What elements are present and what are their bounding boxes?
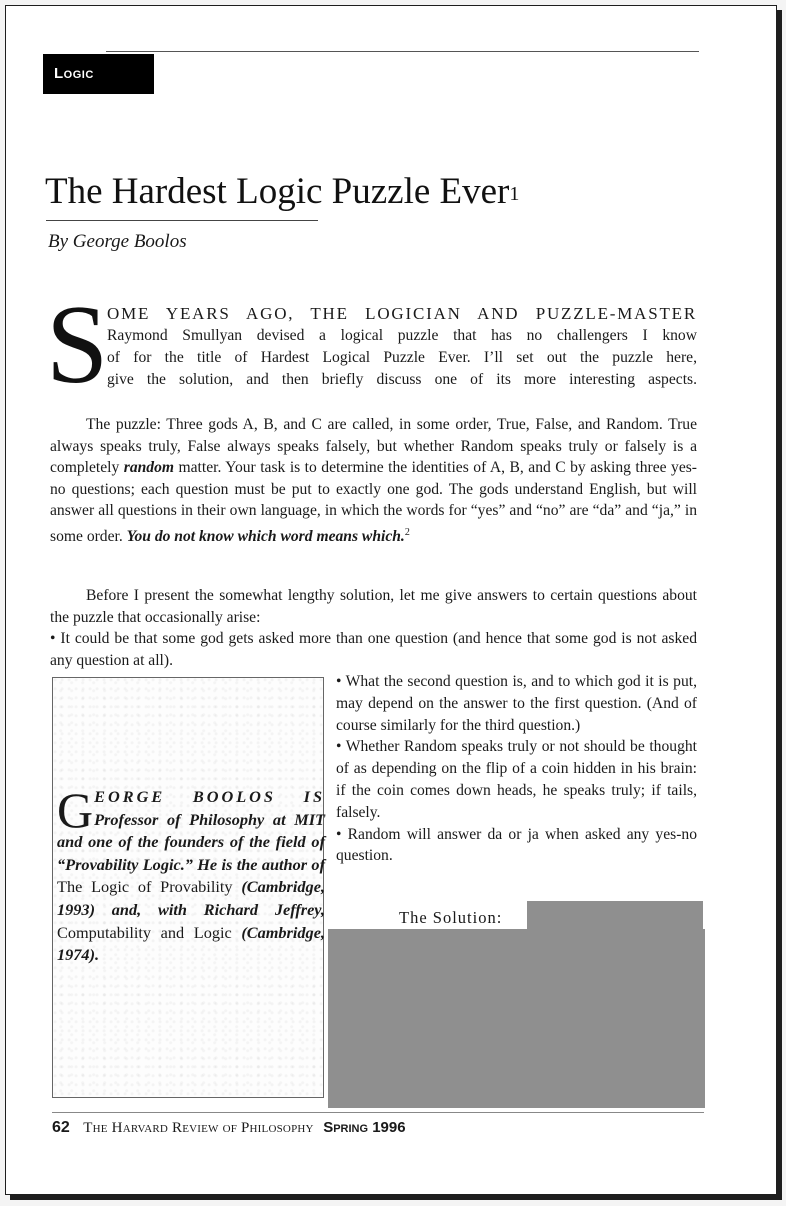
title-footnote-marker[interactable]: 1	[509, 183, 519, 205]
bio-text: Professor of Philosophy at MIT and one o…	[57, 810, 325, 874]
lead-caps-line: OME YEARS AGO, THE LOGICIAN AND PUZZLE-M…	[107, 303, 697, 325]
document-page: Logic The Hardest Logic Puzzle Ever1 By …	[5, 5, 777, 1195]
before-paragraph: Before I present the somewhat lengthy so…	[50, 585, 697, 671]
lead-line: Raymond Smullyan devised a logical puzzl…	[107, 325, 697, 347]
title-rule	[46, 220, 318, 221]
footnote-marker-2[interactable]: 2	[405, 527, 410, 538]
journal-name: The Harvard Review of Philosophy	[83, 1120, 313, 1136]
solution-heading: The Solution:	[399, 908, 502, 928]
page-footer: 62 The Harvard Review of Philosophy Spri…	[52, 1119, 406, 1137]
puzzle-paragraph: The puzzle: Three gods A, B, and C are c…	[50, 414, 697, 548]
page-number: 62	[52, 1119, 70, 1136]
bio-caps: EORGE BOOLOS IS	[94, 787, 325, 806]
byline: By George Boolos	[48, 231, 187, 253]
puzzle-emphasis: random	[124, 459, 174, 476]
header-rule	[106, 51, 699, 52]
title-text: The Hardest Logic Puzzle Ever	[45, 171, 509, 212]
footer-rule	[52, 1112, 704, 1113]
bullet-item: • It could be that some god gets asked m…	[50, 628, 697, 671]
lead-line: of for the title of Hardest Logical Puzz…	[107, 347, 697, 369]
redaction-block	[527, 901, 703, 929]
author-bio: GEORGE BOOLOS IS Professor of Philosophy…	[57, 786, 325, 967]
article-title: The Hardest Logic Puzzle Ever1	[45, 170, 519, 214]
puzzle-italic-close: You do not know which word means which.	[127, 528, 405, 545]
lead-line: give the solution, and then briefly disc…	[107, 369, 697, 391]
lead-paragraph: OME YEARS AGO, THE LOGICIAN AND PUZZLE-M…	[107, 303, 697, 391]
bio-dropcap: G	[57, 789, 93, 831]
bullet-item: • What the second question is, and to wh…	[336, 671, 697, 736]
issue-date: Spring 1996	[323, 1119, 405, 1136]
bio-book-1: The Logic of Provability	[57, 877, 233, 896]
redaction-block	[328, 929, 705, 1108]
before-intro: Before I present the somewhat lengthy so…	[50, 587, 697, 626]
lead-dropcap: S	[46, 289, 108, 401]
bio-book-2: Computability and Logic	[57, 923, 232, 942]
section-tag: Logic	[43, 54, 154, 94]
bullet-item: • Whether Random speaks truly or not sho…	[336, 736, 697, 823]
bullet-item: • Random will answer da or ja when asked…	[336, 824, 697, 868]
right-column: • What the second question is, and to wh…	[336, 671, 697, 867]
